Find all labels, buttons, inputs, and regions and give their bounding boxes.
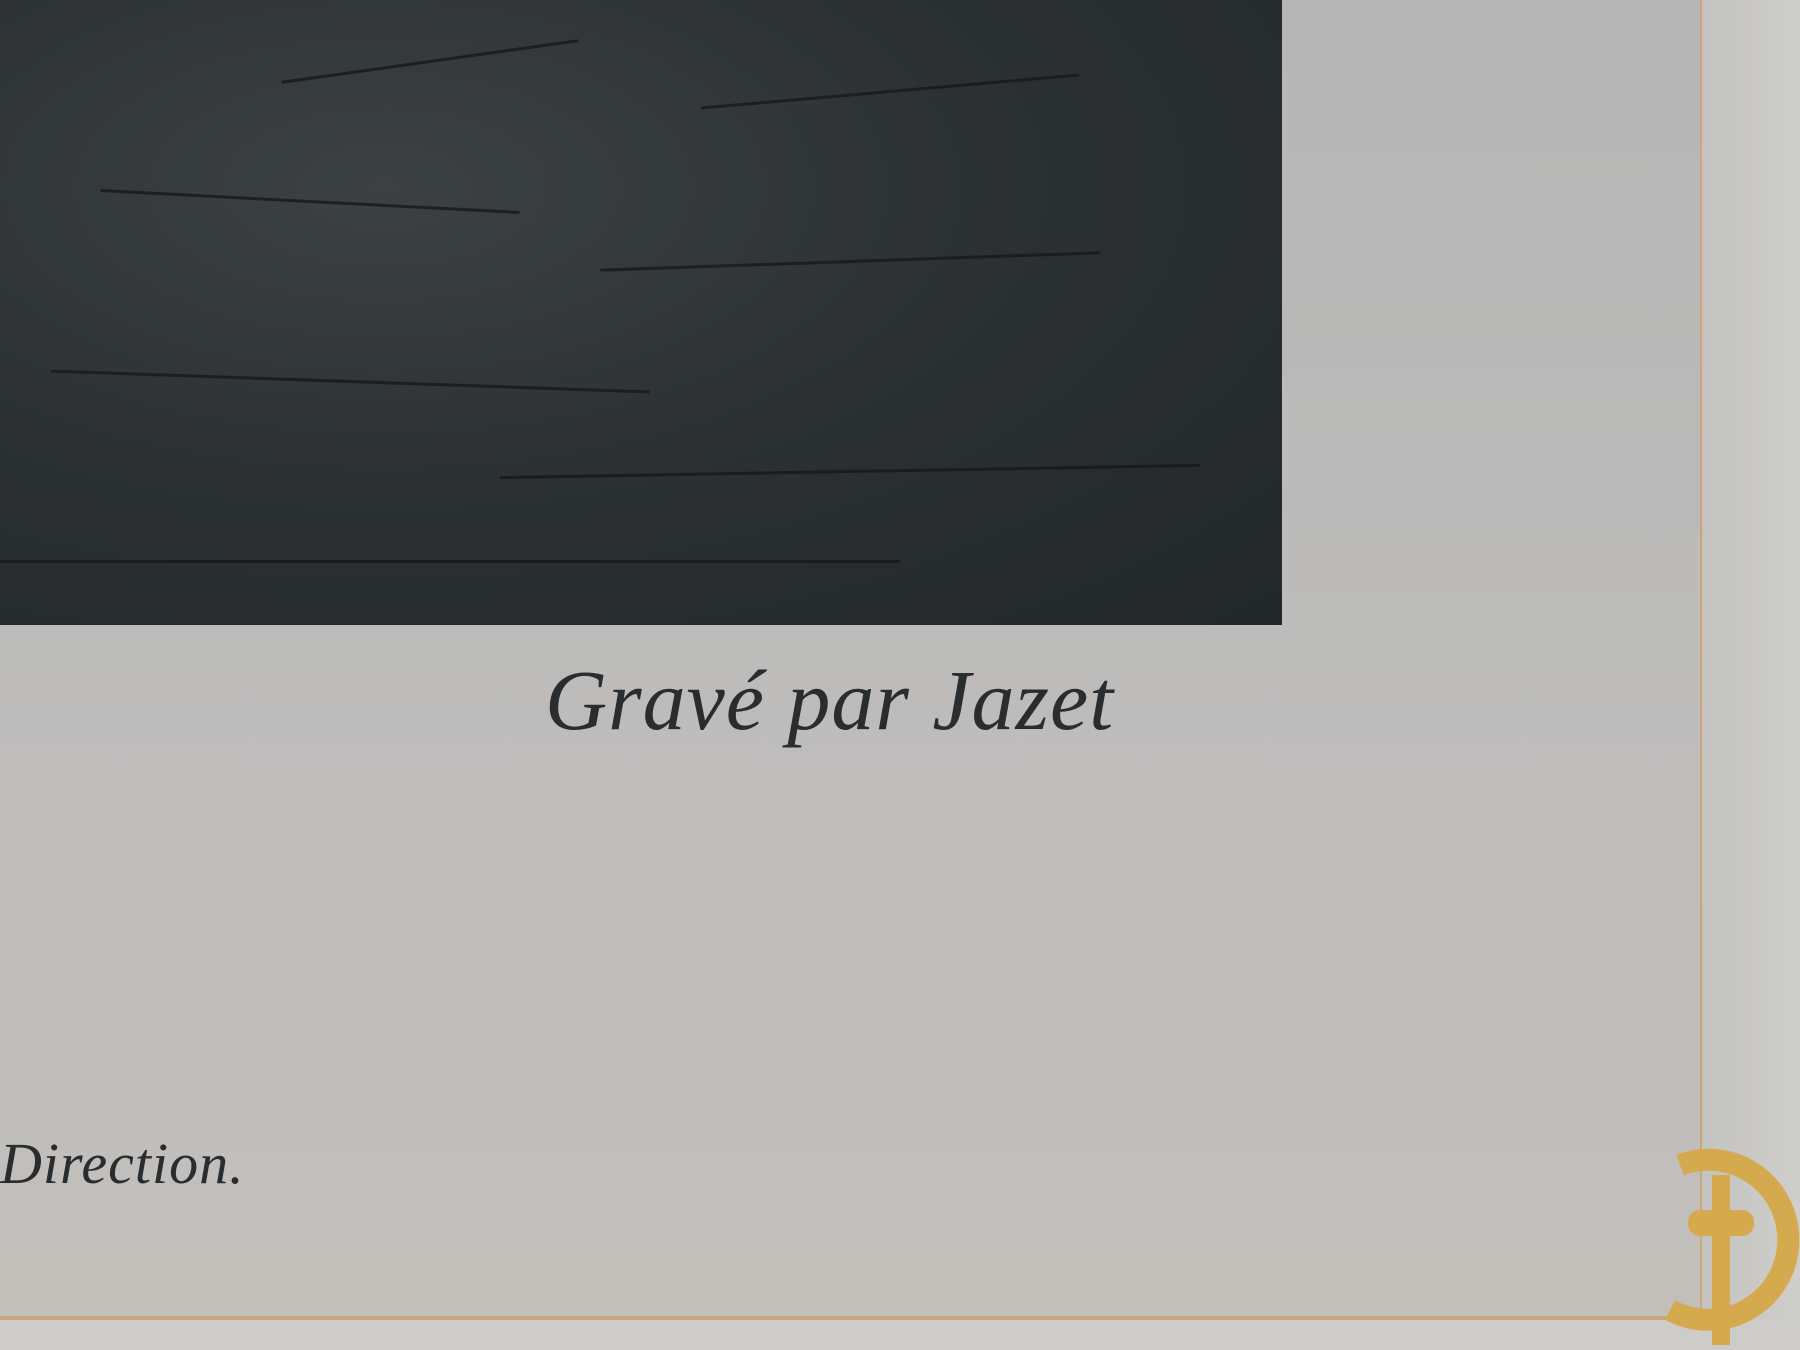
mat-bottom — [0, 1320, 1800, 1350]
gavel-d-logo-icon — [1650, 1145, 1800, 1345]
paper-mount: Gravé par Jazet Direction. — [0, 0, 1700, 1320]
engraving-plate-image — [0, 0, 1282, 625]
direction-text: Direction. — [0, 1130, 245, 1197]
engraver-credit: Gravé par Jazet — [545, 650, 1114, 750]
